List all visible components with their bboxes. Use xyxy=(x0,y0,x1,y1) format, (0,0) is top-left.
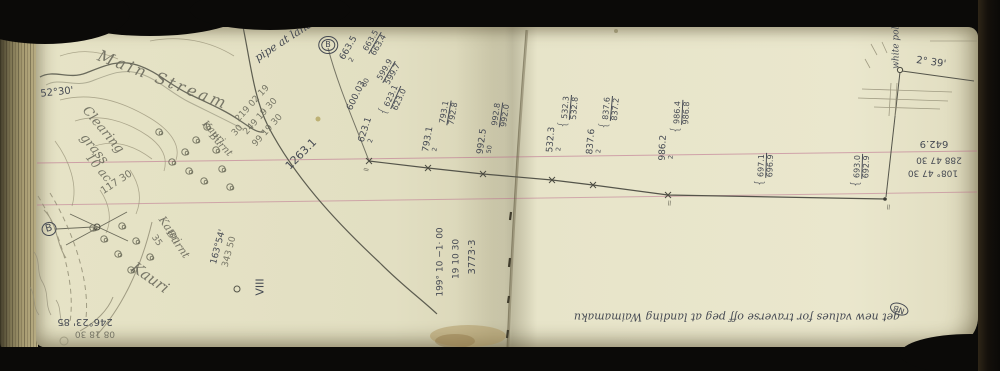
calc-199-10: 199° 10 −1· 00 xyxy=(437,227,446,296)
kauri-label-large: Kauri xyxy=(129,260,172,296)
station-tick-2: = xyxy=(665,199,674,206)
note-30: 30 xyxy=(231,124,245,139)
cover-edge-bottom xyxy=(0,347,1000,371)
block-viii: VIII xyxy=(255,278,266,295)
frac-623: {623.1623.0 xyxy=(376,81,409,120)
bearing-08-18-30: 08 18 30 xyxy=(75,329,115,338)
frac-793: 793.1792.8 xyxy=(438,99,459,126)
dist-642-9: 642.9 xyxy=(920,138,949,148)
frac-532: {532.3532.8 xyxy=(556,94,580,129)
frac-837: {837.6837.2 xyxy=(597,95,621,130)
angle-2-39: 2° 39' xyxy=(915,56,946,70)
notebook-scan: 52°30'Main StreamClearinggrass10 ac.Kaur… xyxy=(0,0,1000,371)
distance-1263-1: 1263.1 xyxy=(283,136,318,171)
handwriting-layer: 52°30'Main StreamClearinggrass10 ac.Kaur… xyxy=(0,0,1000,371)
dist-986-2: 986.22 xyxy=(659,135,676,162)
station-tick-3: = xyxy=(884,203,893,210)
dist-837-6: 837.62 xyxy=(586,128,604,155)
white-pole-label: white pole xyxy=(893,21,902,69)
frac-986: {986.4986.8 xyxy=(669,100,692,135)
bearing-246-23-85: 246°23' 85 xyxy=(57,316,112,326)
frac-992: 992.8992.0 xyxy=(491,101,511,128)
marginal-note: get new values for traverse off peg at l… xyxy=(574,312,900,323)
calc-19-10-30: 19 10 30 xyxy=(453,239,462,279)
frac-663: 663.5663.4 xyxy=(361,28,388,58)
frac-697: {697.1696.9 xyxy=(753,153,775,187)
main-stream-label: Main Stream xyxy=(95,48,230,113)
bearing-108-47-30: 108° 47 30 xyxy=(908,168,958,177)
bearing-288-47-30: 288 47 30 xyxy=(916,155,962,164)
bearing-52-30: 52°30' xyxy=(40,86,74,99)
kauri-burnt-lower-2: Burnt xyxy=(164,228,191,260)
dist-623-1: 623.12 xyxy=(358,116,381,145)
dist-992-5: 992.550 xyxy=(477,128,496,156)
tree-count-35: 35 xyxy=(149,234,163,249)
dist-663-5: 663.52 xyxy=(339,35,365,65)
station-tick-1: = xyxy=(362,165,371,174)
station-b: B xyxy=(40,220,58,237)
frac-693: {693.0692.9 xyxy=(849,154,871,188)
dist-793-1: 793.12 xyxy=(422,126,442,154)
calc-3773-3: 3773·3 xyxy=(468,240,478,275)
dist-532-3: 532.32 xyxy=(546,126,564,153)
cover-edge-right xyxy=(978,0,1000,371)
station-b-pipe: B xyxy=(321,39,335,51)
